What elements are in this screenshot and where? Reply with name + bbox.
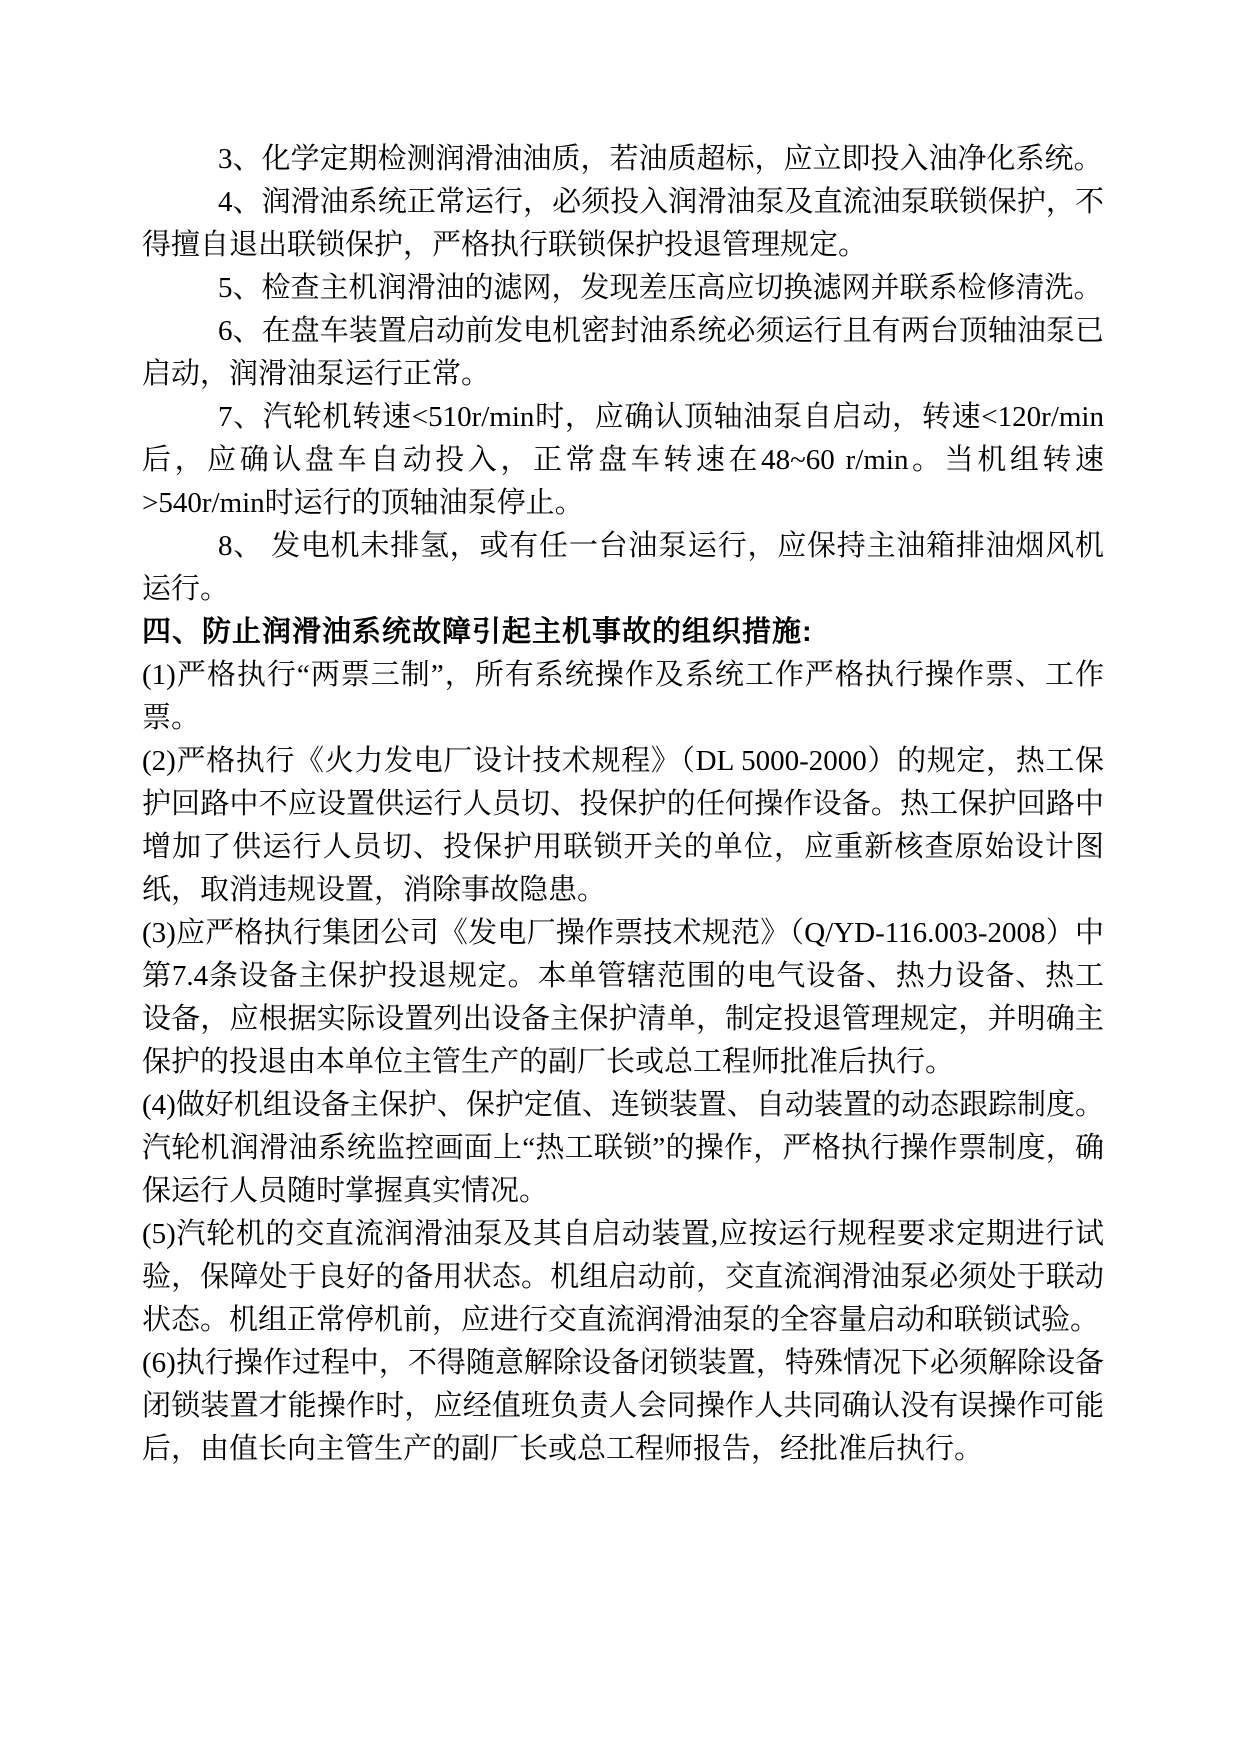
- document-body: 3、化学定期检测润滑油油质，若油质超标，应立即投入油净化系统。 4、润滑油系统正…: [142, 138, 1104, 1471]
- numbered-item-3: 3、化学定期检测润滑油油质，若油质超标，应立即投入油净化系统。: [142, 138, 1104, 181]
- document-page: 3、化学定期检测润滑油油质，若油质超标，应立即投入油净化系统。 4、润滑油系统正…: [0, 0, 1241, 1754]
- numbered-item-6: 6、在盘车装置启动前发电机密封油系统必须运行且有两台顶轴油泵已启动，润滑油泵运行…: [142, 310, 1104, 396]
- numbered-item-8: 8、 发电机未排氢，或有任一台油泵运行，应保持主油箱排油烟风机运行。: [142, 525, 1104, 611]
- measure-item-4: (4)做好机组设备主保护、保护定值、连锁装置、自动装置的动态跟踪制度。汽轮机润滑…: [142, 1084, 1104, 1213]
- section-heading-4: 四、防止润滑油系统故障引起主机事故的组织措施:: [142, 611, 1104, 654]
- numbered-item-5: 5、检查主机润滑油的滤网，发现差压高应切换滤网并联系检修清洗。: [142, 267, 1104, 310]
- measure-item-1: (1)严格执行“两票三制”，所有系统操作及系统工作严格执行操作票、工作票。: [142, 654, 1104, 740]
- measure-item-5: (5)汽轮机的交直流润滑油泵及其自启动装置,应按运行规程要求定期进行试验，保障处…: [142, 1213, 1104, 1342]
- measure-item-2: (2)严格执行《火力发电厂设计技术规程》（DL 5000-2000）的规定，热工…: [142, 740, 1104, 912]
- measure-item-3: (3)应严格执行集团公司《发电厂操作票技术规范》（Q/YD-116.003-20…: [142, 912, 1104, 1084]
- numbered-item-7: 7、汽轮机转速<510r/min时，应确认顶轴油泵自启动，转速<120r/min…: [142, 396, 1104, 525]
- numbered-item-4: 4、润滑油系统正常运行，必须投入润滑油泵及直流油泵联锁保护，不得擅自退出联锁保护…: [142, 181, 1104, 267]
- measure-item-6: (6)执行操作过程中，不得随意解除设备闭锁装置，特殊情况下必须解除设备闭锁装置才…: [142, 1342, 1104, 1471]
